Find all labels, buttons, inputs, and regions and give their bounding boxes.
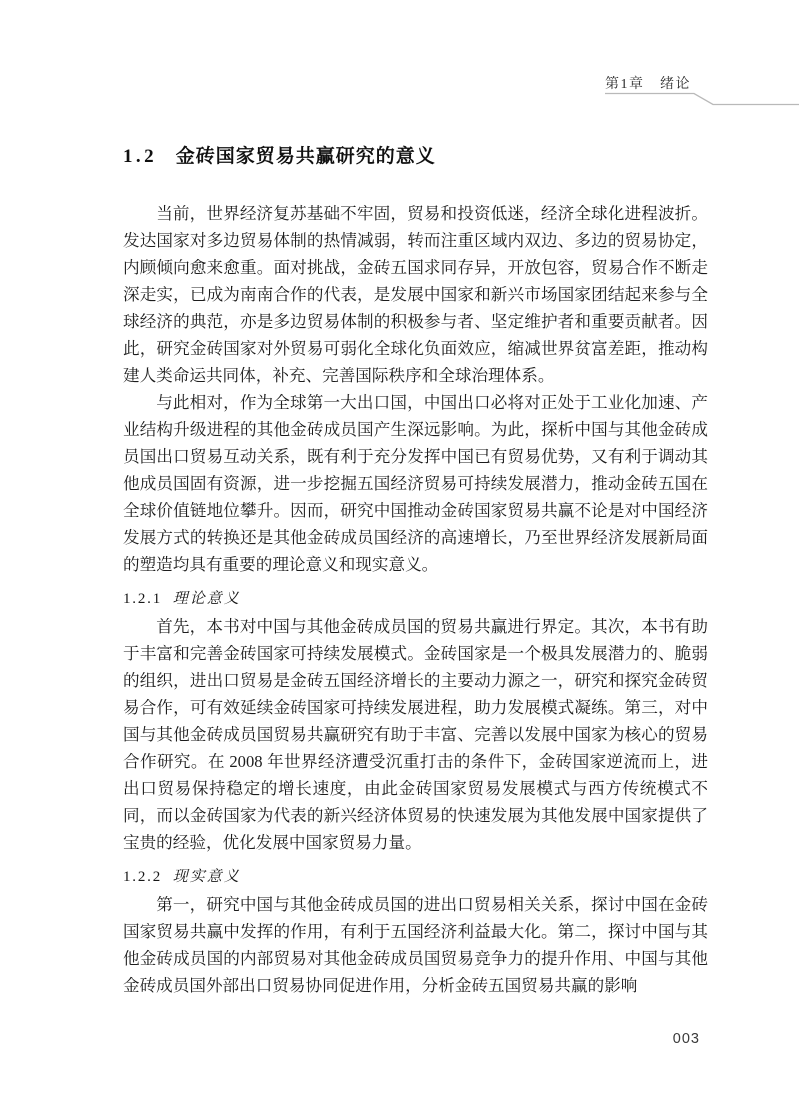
section-number: 1.2: [123, 146, 157, 167]
paragraph-intro-1: 当前，世界经济复苏基础不牢固，贸易和投资低迷，经济全球化进程波折。发达国家对多边…: [123, 200, 708, 389]
subsection-heading-practical: 1.2.2 现实意义: [123, 864, 708, 891]
paragraph-practical-significance: 第一，研究中国与其他金砖成员国的进出口贸易相关关系，探讨中国在金砖国家贸易共赢中…: [123, 891, 708, 999]
page-content: 1.2 金砖国家贸易共赢研究的意义 当前，世界经济复苏基础不牢固，贸易和投资低迷…: [123, 146, 708, 999]
section-title: 金砖国家贸易共赢研究的意义: [176, 146, 436, 167]
subsection-title: 理论意义: [173, 591, 241, 607]
paragraph-intro-2: 与此相对，作为全球第一大出口国，中国出口必将对正处于工业化加速、产业结构升级进程…: [123, 389, 708, 578]
book-page: 第1章 绪论 1.2 金砖国家贸易共赢研究的意义 当前，世界经济复苏基础不牢固，…: [0, 0, 799, 1118]
subsection-number: 1.2.1: [123, 591, 162, 607]
subsection-title: 现实意义: [173, 869, 241, 885]
page-number: 003: [640, 1031, 700, 1047]
running-head: 第1章 绪论: [605, 73, 799, 107]
subsection-number: 1.2.2: [123, 869, 162, 885]
subsection-heading-theoretical: 1.2.1 理论意义: [123, 586, 708, 613]
header-rule-decoration: [605, 92, 799, 106]
section-heading: 1.2 金砖国家贸易共赢研究的意义: [123, 146, 708, 168]
paragraph-theoretical-significance: 首先，本书对中国与其他金砖成员国的贸易共赢进行界定。其次，本书有助于丰富和完善金…: [123, 613, 708, 856]
running-head-chapter-label: 第1章 绪论: [605, 73, 799, 93]
